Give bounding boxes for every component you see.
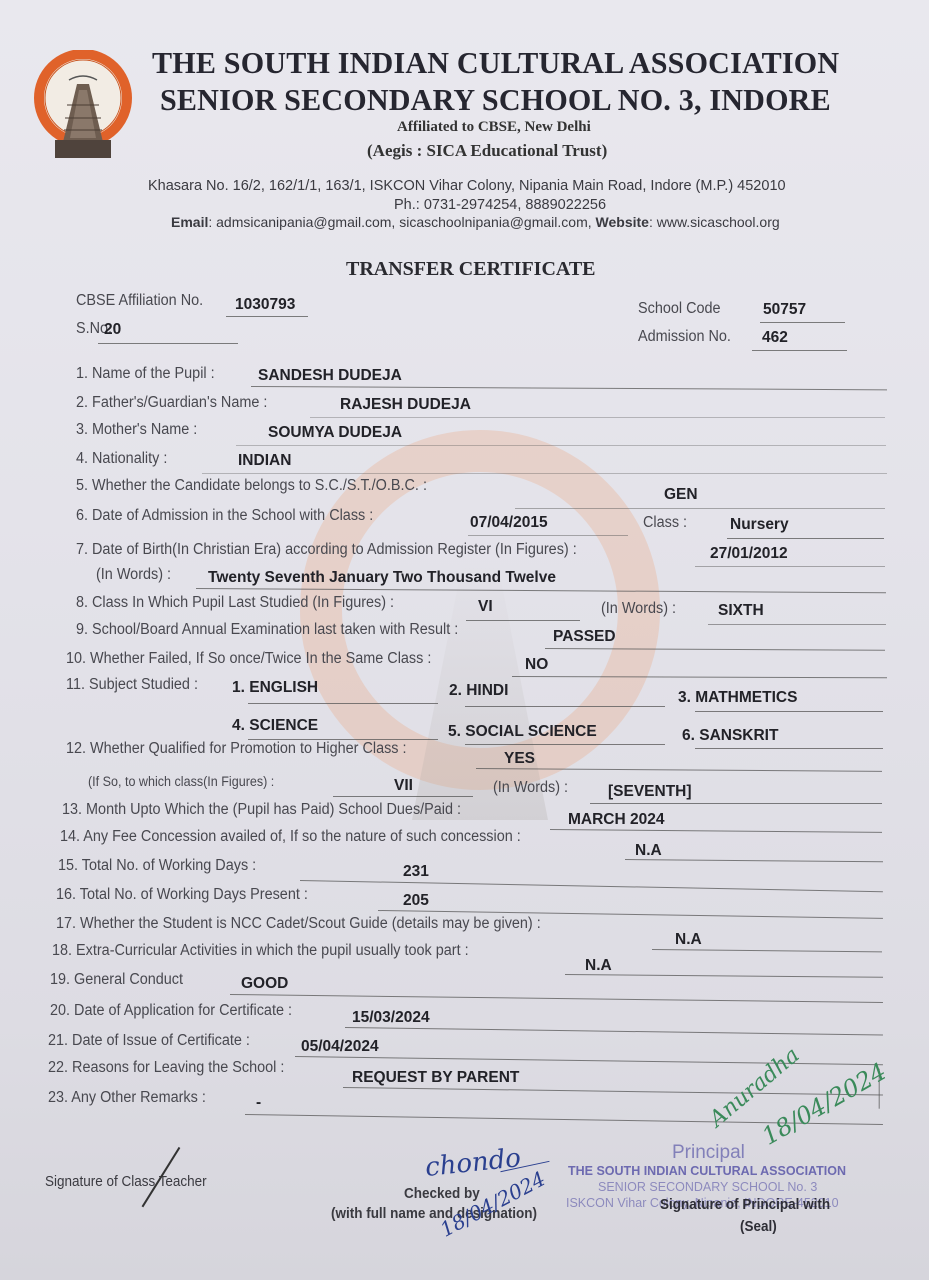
- cbse-affiliation-label: CBSE Affiliation No.: [76, 292, 203, 310]
- promotion-class-label: (If So, to which class(In Figures) :: [88, 774, 274, 789]
- cbse-affiliation-value: 1030793: [235, 296, 295, 314]
- aegis-text: (Aegis : SICA Educational Trust): [367, 141, 607, 161]
- fee-concession-value: N.A: [635, 842, 662, 860]
- field-13-label: 13. Month Upto Which the (Pupil has Paid…: [62, 801, 461, 819]
- father-name-value: RAJESH DUDEJA: [340, 396, 471, 414]
- email-label: Email: [171, 214, 208, 230]
- field-21-label: 21. Date of Issue of Certificate :: [48, 1032, 250, 1050]
- admission-class-value: Nursery: [730, 516, 789, 534]
- admission-class-label: Class :: [643, 514, 687, 532]
- dob-figures-value: 27/01/2012: [710, 545, 788, 563]
- promotion-class-words-value: [SEVENTH]: [608, 783, 692, 801]
- field-1-label: 1. Name of the Pupil :: [76, 365, 215, 383]
- class-teacher-signature-label: Signature of Class Teacher: [45, 1174, 207, 1190]
- phone-text: Ph.: 0731-2974254, 8889022256: [394, 197, 606, 213]
- sno-value: 20: [104, 321, 121, 339]
- category-value: GEN: [664, 486, 698, 504]
- nationality-value: INDIAN: [238, 452, 291, 470]
- field-20-label: 20. Date of Application for Certificate …: [50, 1002, 292, 1020]
- leaving-reason-value: REQUEST BY PARENT: [352, 1069, 519, 1087]
- checker-signature: chondo: [424, 1143, 523, 1183]
- field-16-label: 16. Total No. of Working Days Present :: [56, 886, 308, 904]
- admission-no-value: 462: [762, 329, 788, 347]
- subject-4: 4. SCIENCE: [232, 717, 318, 735]
- stamp-line-1: THE SOUTH INDIAN CULTURAL ASSOCIATION: [568, 1164, 846, 1178]
- promotion-class-words-label: (In Words) :: [493, 779, 568, 797]
- affiliation-text: Affiliated to CBSE, New Delhi: [397, 119, 591, 136]
- school-name-line2: SENIOR SECONDARY SCHOOL NO. 3, INDORE: [160, 82, 831, 118]
- failed-value: NO: [525, 656, 548, 674]
- subject-1: 1. ENGLISH: [232, 679, 318, 697]
- ncc-value: N.A: [675, 931, 702, 949]
- field-12-label: 12. Whether Qualified for Promotion to H…: [66, 740, 407, 758]
- last-class-figures-value: VI: [478, 598, 493, 616]
- mother-name-value: SOUMYA DUDEJA: [268, 424, 402, 442]
- issue-date-value: 05/04/2024: [301, 1038, 379, 1056]
- last-class-words-label: (In Words) :: [601, 600, 676, 618]
- dob-words-value: Twenty Seventh January Two Thousand Twel…: [208, 569, 556, 587]
- stamp-line-2: SENIOR SECONDARY SCHOOL No. 3: [598, 1180, 817, 1194]
- conduct-value: GOOD: [241, 975, 288, 993]
- school-name-line1: THE SOUTH INDIAN CULTURAL ASSOCIATION: [152, 45, 839, 81]
- subject-3: 3. MATHMETICS: [678, 689, 797, 707]
- address-text: Khasara No. 16/2, 162/1/1, 163/1, ISKCON…: [148, 178, 786, 194]
- field-4-label: 4. Nationality :: [76, 450, 167, 468]
- checked-by-label: Checked by: [404, 1186, 480, 1202]
- field-22-label: 22. Reasons for Leaving the School :: [48, 1059, 284, 1077]
- temple-logo-icon: [33, 50, 133, 160]
- website-label: Website: [596, 214, 649, 230]
- principal-stamp-word: Principal: [672, 1142, 745, 1164]
- field-17-label: 17. Whether the Student is NCC Cadet/Sco…: [56, 915, 541, 933]
- field-19-label: 19. General Conduct: [50, 971, 183, 989]
- principal-signature-label: Signature of Principal with: [660, 1197, 830, 1213]
- subject-5: 5. SOCIAL SCIENCE: [448, 723, 597, 741]
- field-11-label: 11. Subject Studied :: [66, 676, 198, 694]
- field-6-label: 6. Date of Admission in the School with …: [76, 507, 373, 525]
- remarks-value: -: [256, 1094, 261, 1112]
- field-3-label: 3. Mother's Name :: [76, 421, 197, 439]
- subject-6: 6. SANSKRIT: [682, 727, 778, 745]
- school-code-label: School Code: [638, 300, 721, 318]
- dues-paid-value: MARCH 2024: [568, 811, 664, 829]
- application-date-value: 15/03/2024: [352, 1009, 430, 1027]
- field-7-label: 7. Date of Birth(In Christian Era) accor…: [76, 541, 577, 559]
- subject-2: 2. HINDI: [449, 682, 508, 700]
- field-5-label: 5. Whether the Candidate belongs to S.C.…: [76, 477, 427, 495]
- field-8-label: 8. Class In Which Pupil Last Studied (In…: [76, 594, 394, 612]
- field-15-label: 15. Total No. of Working Days :: [58, 857, 256, 875]
- contact-line: Email: admsicanipania@gmail.com, sicasch…: [171, 214, 780, 230]
- days-present-value: 205: [403, 892, 429, 910]
- principal-signature-sublabel: (Seal): [740, 1219, 777, 1235]
- extracurricular-value: N.A: [585, 957, 612, 975]
- field-2-label: 2. Father's/Guardian's Name :: [76, 394, 267, 412]
- working-days-value: 231: [403, 863, 429, 881]
- email-value: : admsicanipania@gmail.com, sicaschoolni…: [208, 214, 591, 230]
- promotion-value: YES: [504, 750, 535, 768]
- last-class-words-value: SIXTH: [718, 602, 764, 620]
- pupil-name-value: SANDESH DUDEJA: [258, 367, 402, 385]
- transfer-certificate-page: THE SOUTH INDIAN CULTURAL ASSOCIATION SE…: [0, 0, 929, 1280]
- certificate-title: TRANSFER CERTIFICATE: [346, 258, 596, 281]
- field-18-label: 18. Extra-Curricular Activities in which…: [52, 942, 469, 960]
- admission-date-value: 07/04/2015: [470, 514, 548, 532]
- website-value: : www.sicaschool.org: [649, 214, 780, 230]
- dob-words-label: (In Words) :: [96, 566, 171, 584]
- field-23-label: 23. Any Other Remarks :: [48, 1089, 206, 1107]
- promotion-class-figures-value: VII: [394, 777, 413, 795]
- field-14-label: 14. Any Fee Concession availed of, If so…: [60, 828, 521, 846]
- admission-no-label: Admission No.: [638, 328, 731, 346]
- exam-result-value: PASSED: [553, 628, 616, 646]
- field-9-label: 9. School/Board Annual Examination last …: [76, 621, 458, 639]
- school-code-value: 50757: [763, 301, 806, 319]
- field-10-label: 10. Whether Failed, If So once/Twice In …: [66, 650, 431, 668]
